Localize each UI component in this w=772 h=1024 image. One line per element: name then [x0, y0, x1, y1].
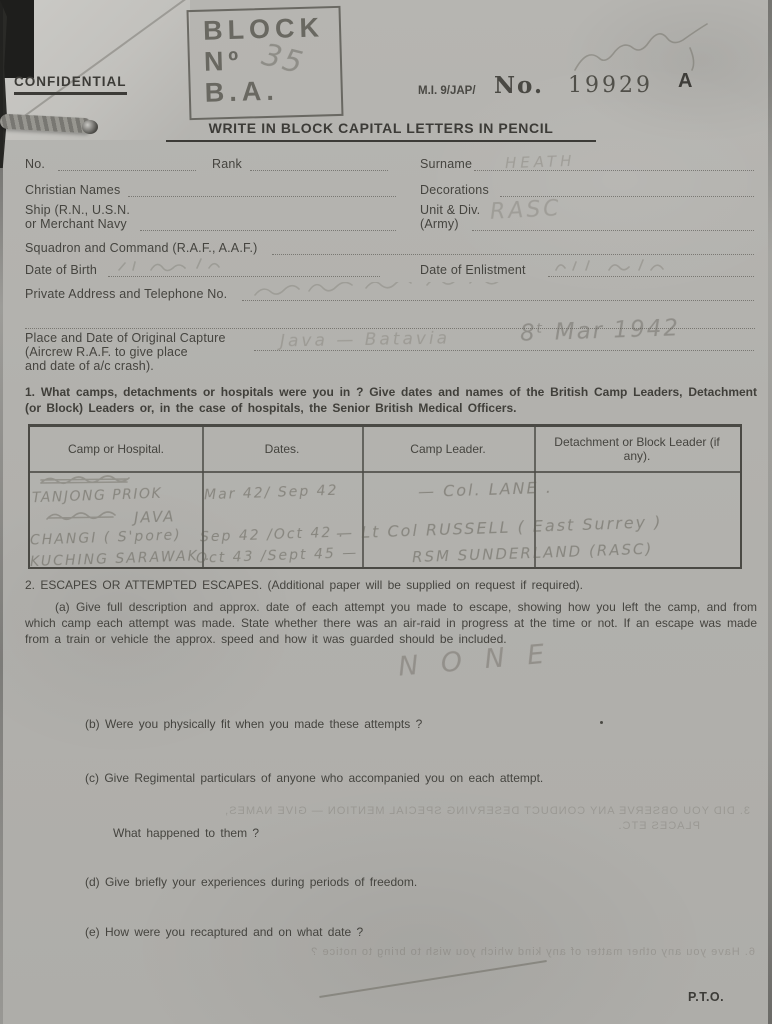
pencil-diagonal-mark [319, 960, 546, 998]
left-edge-shadow [0, 0, 3, 1024]
table-header-leader: Camp Leader. [362, 427, 534, 471]
table-header-divider [30, 471, 740, 473]
field-unit-label-line2: (Army) [420, 217, 459, 231]
field-rank-line [250, 169, 388, 171]
surname-handwritten: HEATH [505, 152, 576, 172]
pencil-scribble-topright [570, 18, 750, 78]
field-capture-label-line3: and date of a/c crash). [25, 359, 154, 373]
enlistment-pencil-scribble [552, 258, 712, 276]
stamp-ba: B.A. [190, 74, 341, 109]
field-enlistment-label: Date of Enlistment [420, 263, 526, 277]
field-address-label: Private Address and Telephone No. [25, 287, 227, 301]
unit-handwritten: RASC [489, 196, 562, 225]
question-2d-text: (d) Give briefly your experiences during… [85, 874, 745, 890]
field-unit-line [472, 229, 754, 231]
field-christian-names-line [128, 195, 396, 197]
question-2e-text: (e) How were you recaptured and on what … [85, 924, 745, 940]
right-edge-shadow [768, 0, 772, 1024]
question-2b-text: (b) Were you physically fit when you mad… [85, 716, 725, 732]
question-1-text: 1. What camps, detachments or hospitals … [25, 384, 757, 416]
mi9-no-label: No. [494, 72, 544, 99]
field-ship-line [140, 229, 396, 231]
bleedthrough-line-2: PLACES ETC. [560, 820, 700, 832]
field-ship-label-line2: or Merchant Navy [25, 217, 127, 231]
question-2c-text: (c) Give Regimental particulars of anyon… [85, 770, 745, 786]
question-2-title: 2. ESCAPES OR ATTEMPTED ESCAPES. (Additi… [25, 577, 757, 593]
bleedthrough-line-1: 3. DID YOU OBSERVE ANY CONDUCT DESERVING… [150, 805, 750, 817]
field-ship-label-line1: Ship (R.N., U.S.N. [25, 203, 130, 217]
capture-place-handwritten: Java — Batavia [280, 329, 450, 352]
dob-pencil-scribble [115, 258, 265, 276]
field-rank-label: Rank [212, 157, 242, 171]
scanned-pow-questionnaire: CONFIDENTIAL BLOCK Nº B.A. 35 M.I. 9/JAP… [0, 0, 772, 1024]
camp-row2-handwritten: JAVA [134, 507, 176, 526]
string-tip [82, 120, 98, 134]
table-header-detachment: Detachment or Block Leader (if any). [534, 427, 740, 471]
field-dob-label: Date of Birth [25, 263, 97, 277]
field-squadron-line [272, 253, 754, 255]
field-capture-label-line2: (Aircrew R.A.F. to give place [25, 345, 188, 359]
field-squadron-label: Squadron and Command (R.A.F., A.A.F.) [25, 241, 258, 255]
table-header-dates: Dates. [202, 427, 362, 471]
pto-label: P.T.O. [688, 990, 724, 1004]
capture-date-handwritten: 8ᵗ Mar 1942 [520, 315, 681, 347]
address-pencil-scribble [250, 282, 750, 302]
field-unit-label-line1: Unit & Div. [420, 203, 480, 217]
field-christian-names-label: Christian Names [25, 183, 120, 197]
ink-speck [600, 721, 603, 724]
field-no-label: No. [25, 157, 45, 171]
field-surname-label: Surname [420, 157, 472, 171]
bleedthrough-line-3: 6. Have you any other matter of any kind… [255, 946, 755, 958]
mi9-prefix: M.I. 9/JAP/ [418, 85, 476, 97]
field-no-line [58, 169, 196, 171]
form-heading: WRITE IN BLOCK CAPITAL LETTERS IN PENCIL [166, 120, 596, 142]
classification-label: CONFIDENTIAL [14, 74, 127, 95]
stamp-word-block: BLOCK [189, 12, 340, 47]
crossed-out-entry-2 [44, 510, 124, 524]
question-2a-text: (a) Give full description and approx. da… [25, 599, 757, 647]
table-header-camp: Camp or Hospital. [30, 427, 202, 471]
field-capture-label-line1: Place and Date of Original Capture [25, 331, 226, 345]
field-decorations-label: Decorations [420, 183, 489, 197]
question-2c2-text: What happened to them ? [113, 825, 513, 841]
